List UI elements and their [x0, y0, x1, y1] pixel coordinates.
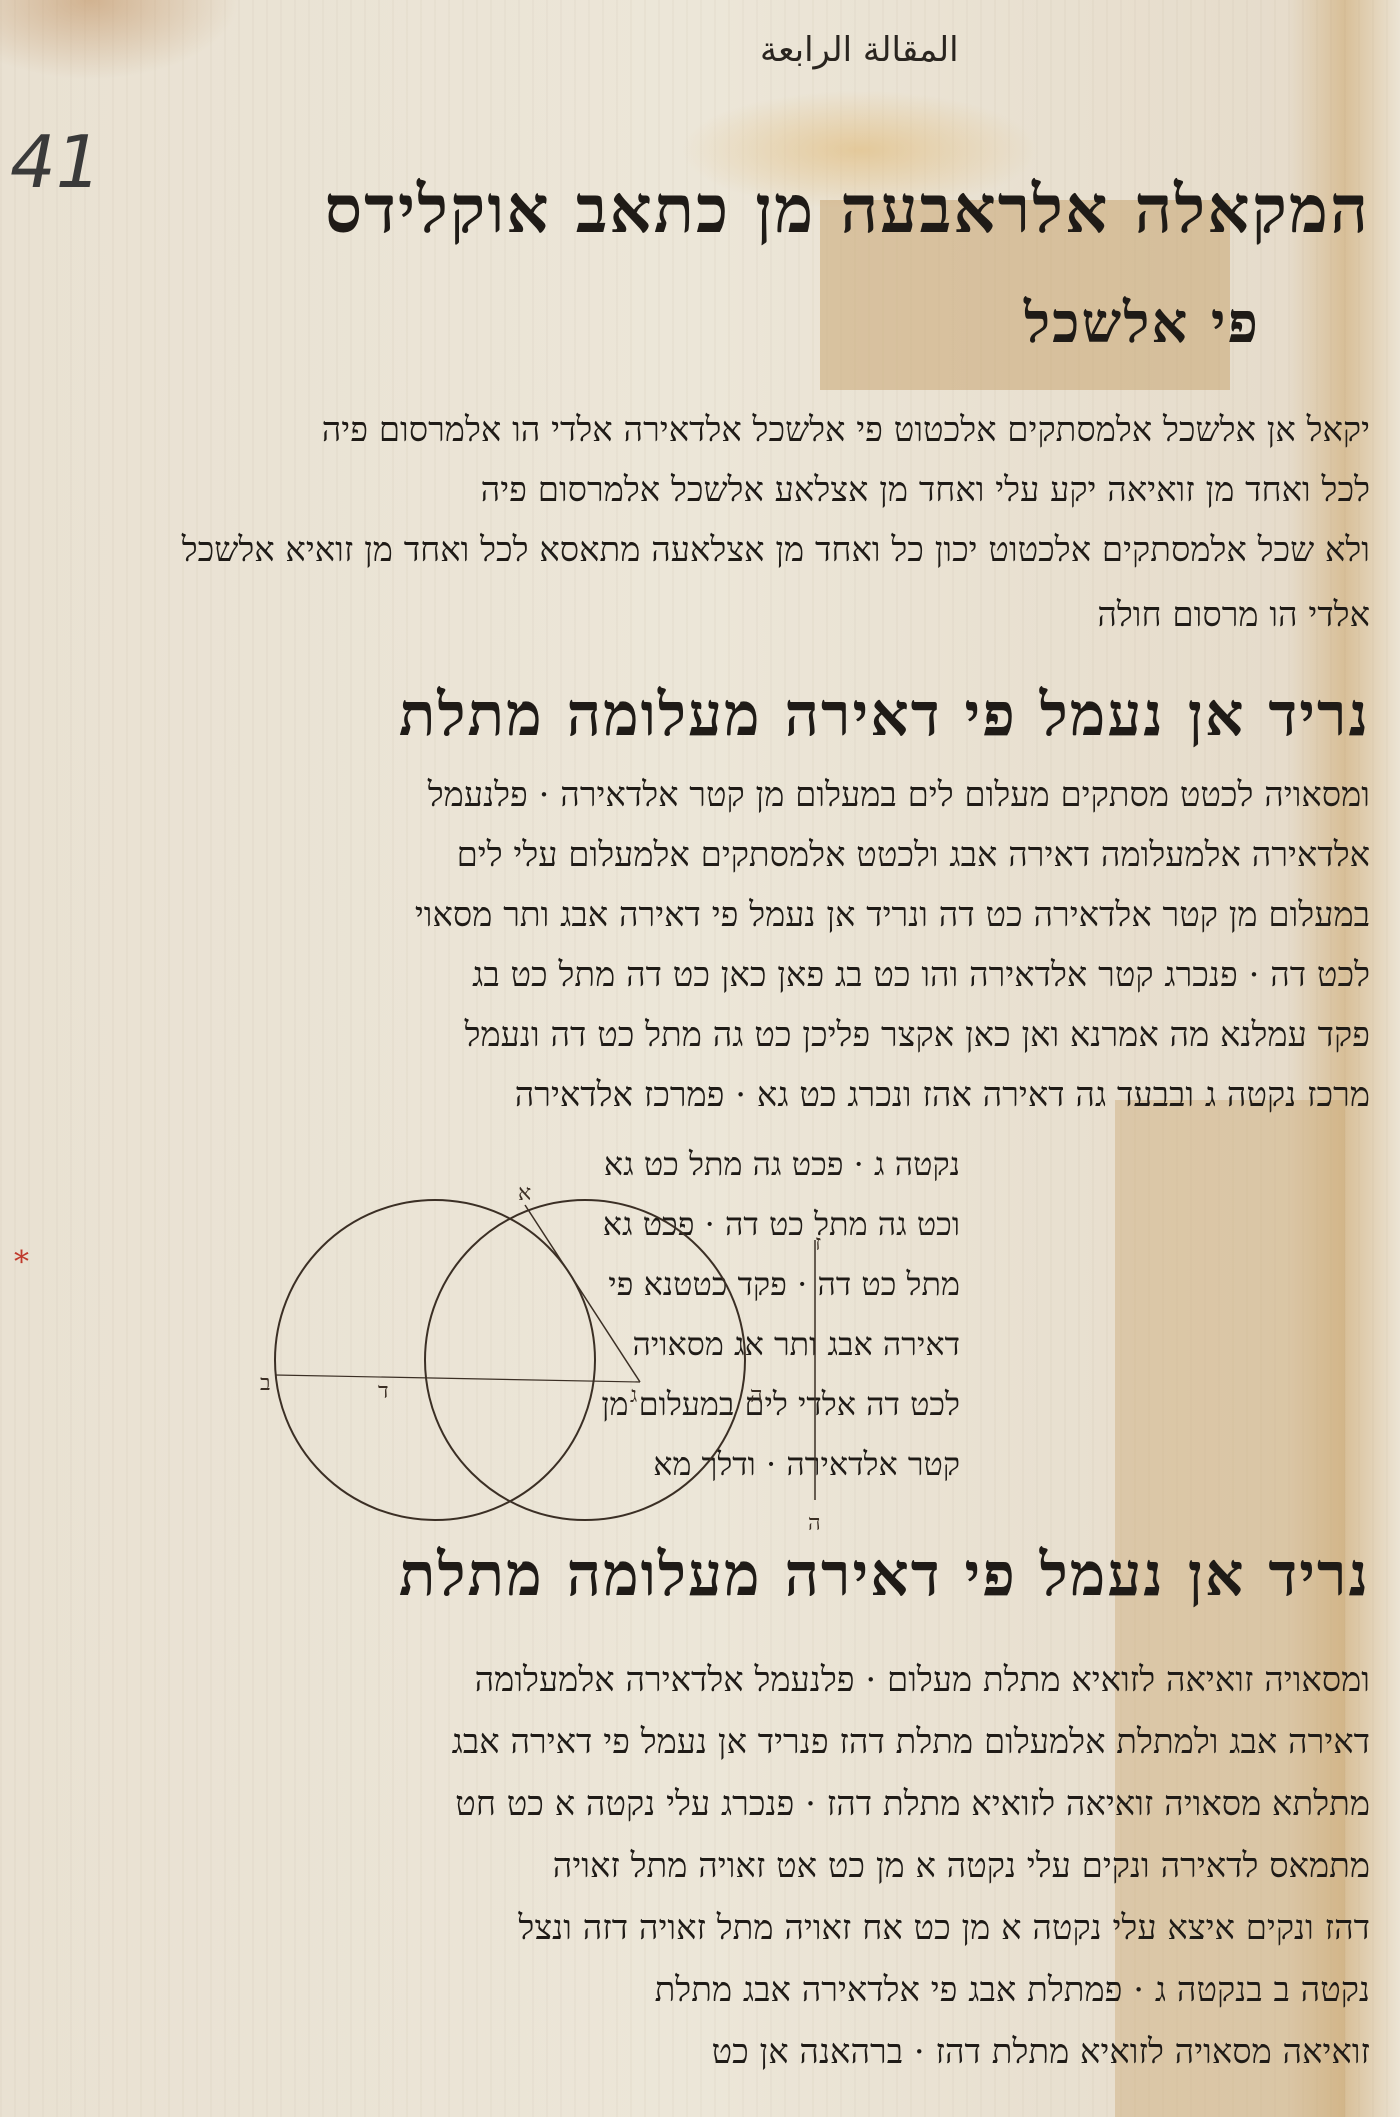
text-line: ומסאויה לכטט מסתקים מעלום לים במעלום מן …	[428, 775, 1370, 815]
text-line: נקטה ב בנקטה ג · פמתלת אבג פי אלדאירה אב…	[655, 1970, 1370, 2010]
text-line: במעלום מן קטר אלדאירה כט דה ונריד אן נעמ…	[415, 895, 1370, 935]
label-he: ה	[750, 1383, 763, 1408]
text-line: מתלתא מסאויה זואיאה לזואיא מתלת דהז · פנ…	[455, 1784, 1370, 1824]
text-line: פקד עמלנא מה אמרנא ואן כאן אקצר פליכן כט…	[465, 1015, 1370, 1055]
section-heading: נריד אן נעמל פי דאירה מעלומה מתלת	[399, 1540, 1370, 1610]
circle-right	[425, 1200, 745, 1520]
label-alef: א	[518, 1181, 531, 1206]
section-heading: נריד אן נעמל פי דאירה מעלומה מתלת	[399, 680, 1370, 750]
treatise-title: המקאלה אלראבעה מן כתאב אוקלידס	[325, 170, 1370, 249]
text-line: דהז ונקים איצא עלי נקטה א מן כט אח זאויה…	[518, 1908, 1370, 1948]
text-line: זואיאה מסאויה לזואיא מתלת דהז · ברהאנה א…	[712, 2032, 1370, 2072]
text-line: ולא שכל אלמסתקים אלכטוט יכון כל ואחד מן …	[182, 530, 1370, 570]
text-line: אלדי הו מרסום חולה	[1097, 595, 1370, 635]
text-line: דאירה אבג ולמתלת אלמעלום מתלת דהז פנריד …	[452, 1722, 1370, 1762]
label-dalet: ד	[378, 1379, 389, 1404]
text-line: אלדאירה אלמעלומה דאירה אבג ולכטט אלמסתקי…	[457, 835, 1370, 875]
text-line: לכט דה · פנכרג קטר אלדאירה והו כט בג פאן…	[472, 955, 1370, 995]
label-gimel: ג	[630, 1383, 637, 1408]
text-line: לכל ואחד מן זואיאה יקע עלי ואחד מן אצלאע…	[481, 470, 1370, 510]
label-zayin: ז	[815, 1231, 821, 1256]
geometry-diagram: א ב ד ג ה ז ה	[260, 1170, 840, 1550]
circle-left	[275, 1200, 595, 1520]
text-line: ומסאויה זואיאה לזואיא מתלת מעלום · פלנעמ…	[475, 1660, 1370, 1700]
text-line: מתמאס לדאירה ונקים עלי נקטה א מן כט אט ז…	[553, 1846, 1370, 1886]
label-he-segment: ה	[808, 1511, 821, 1536]
text-line: מרכז נקטה ג ובבעד גה דאירה אהז ונכרג כט …	[515, 1075, 1370, 1115]
folio-number: 41	[10, 120, 102, 204]
text-line: יקאל אן אלשכל אלמסתקים אלכטוט פי אלשכל א…	[322, 410, 1370, 450]
label-bet: ב	[260, 1371, 271, 1396]
margin-mark: *	[14, 1245, 29, 1280]
running-head: المقالة الرابعة	[760, 30, 959, 70]
treatise-subtitle: פי אלשכל	[1024, 290, 1260, 356]
